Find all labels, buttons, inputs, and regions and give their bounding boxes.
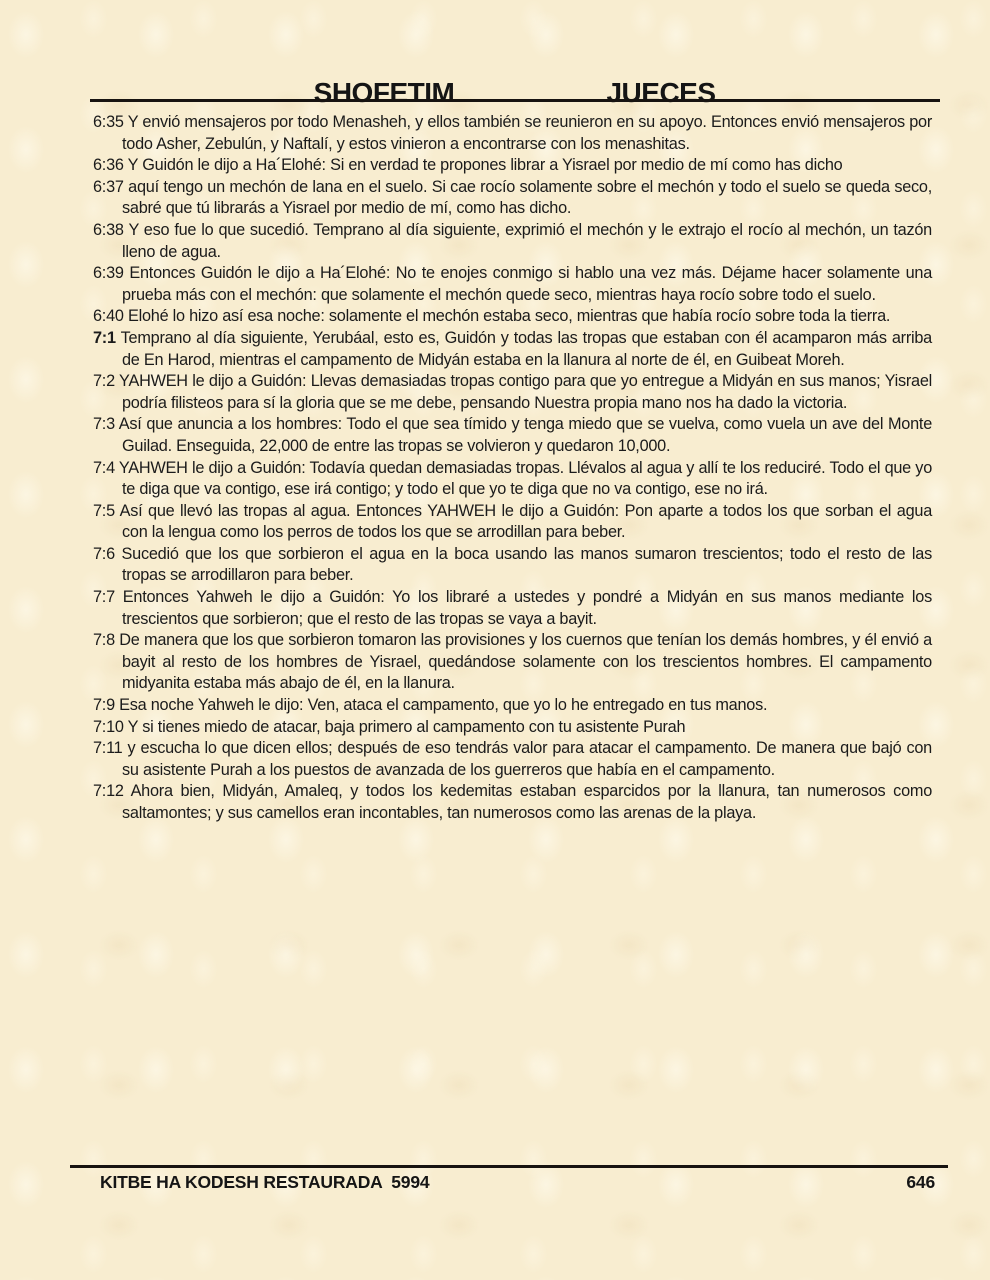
- verse-number: 7:12: [93, 782, 124, 800]
- verse-number: 6:39: [93, 264, 124, 282]
- verse-number: 7:9: [93, 696, 115, 714]
- verse: 7:7 Entonces Yahweh le dijo a Guidón: Yo…: [93, 587, 932, 630]
- header-rule: [90, 99, 940, 102]
- footer-rule: [70, 1165, 948, 1168]
- verse-number: 7:4: [93, 459, 115, 477]
- verse-number: 6:35: [93, 113, 124, 131]
- book-title-transliterated: SHOFETIM: [314, 77, 455, 109]
- verse: 7:1 Temprano al día siguiente, Yerubáal,…: [93, 328, 932, 371]
- verse-number: 7:11: [93, 739, 122, 757]
- verse: 7:12 Ahora bien, Midyán, Amaleq, y todos…: [93, 781, 932, 824]
- verse-number: 6:36: [93, 156, 124, 174]
- page-number: 646: [906, 1172, 935, 1193]
- verse: 6:38 Y eso fue lo que sucedió. Temprano …: [93, 220, 932, 263]
- verse-number: 7:7: [93, 588, 115, 606]
- verse: 7:8 De manera que los que sorbieron toma…: [93, 630, 932, 695]
- verse: 7:2 YAHWEH le dijo a Guidón: Llevas dema…: [93, 371, 932, 414]
- verse-number: 7:5: [93, 502, 115, 520]
- verse: 6:35 Y envió mensajeros por todo Menashe…: [93, 112, 932, 155]
- verse: 7:4 YAHWEH le dijo a Guidón: Todavía que…: [93, 458, 932, 501]
- verse: 6:40 Elohé lo hizo así esa noche: solame…: [93, 306, 932, 328]
- verse: 6:36 Y Guidón le dijo a Ha´Elohé: Si en …: [93, 155, 932, 177]
- verse-number: 7:10: [93, 718, 124, 736]
- verse: 6:37 aquí tengo un mechón de lana en el …: [93, 177, 932, 220]
- verse-number: 7:8: [93, 631, 115, 649]
- verse-number: 7:3: [93, 415, 115, 433]
- verse-number: 6:37: [93, 178, 124, 196]
- verse-number: 6:40: [93, 307, 124, 325]
- book-title-spanish: JUECES: [606, 77, 715, 109]
- verse: 7:3 Así que anuncia a los hombres: Todo …: [93, 414, 932, 457]
- verse: 6:39 Entonces Guidón le dijo a Ha´Elohé:…: [93, 263, 932, 306]
- verse-number: 6:38: [93, 221, 124, 239]
- verse: 7:9 Esa noche Yahweh le dijo: Ven, ataca…: [93, 695, 932, 717]
- verse-number: 7:6: [93, 545, 115, 563]
- edition-title: KITBE HA KODESH RESTAURADA 5994: [100, 1172, 429, 1193]
- page-footer: KITBE HA KODESH RESTAURADA 5994 646: [100, 1172, 935, 1193]
- verse: 7:6 Sucedió que los que sorbieron el agu…: [93, 544, 932, 587]
- verse-text-block: 6:35 Y envió mensajeros por todo Menashe…: [93, 112, 932, 825]
- verse: 7:5 Así que llevó las tropas al agua. En…: [93, 501, 932, 544]
- scripture-page: SHOFETIM JUECES 6:35 Y envió mensajeros …: [0, 0, 990, 1280]
- verse-number: 7:1: [93, 329, 116, 347]
- verse-number: 7:2: [93, 372, 115, 390]
- verse: 7:10 Y si tienes miedo de atacar, baja p…: [93, 717, 932, 739]
- verse: 7:11 y escucha lo que dicen ellos; despu…: [93, 738, 932, 781]
